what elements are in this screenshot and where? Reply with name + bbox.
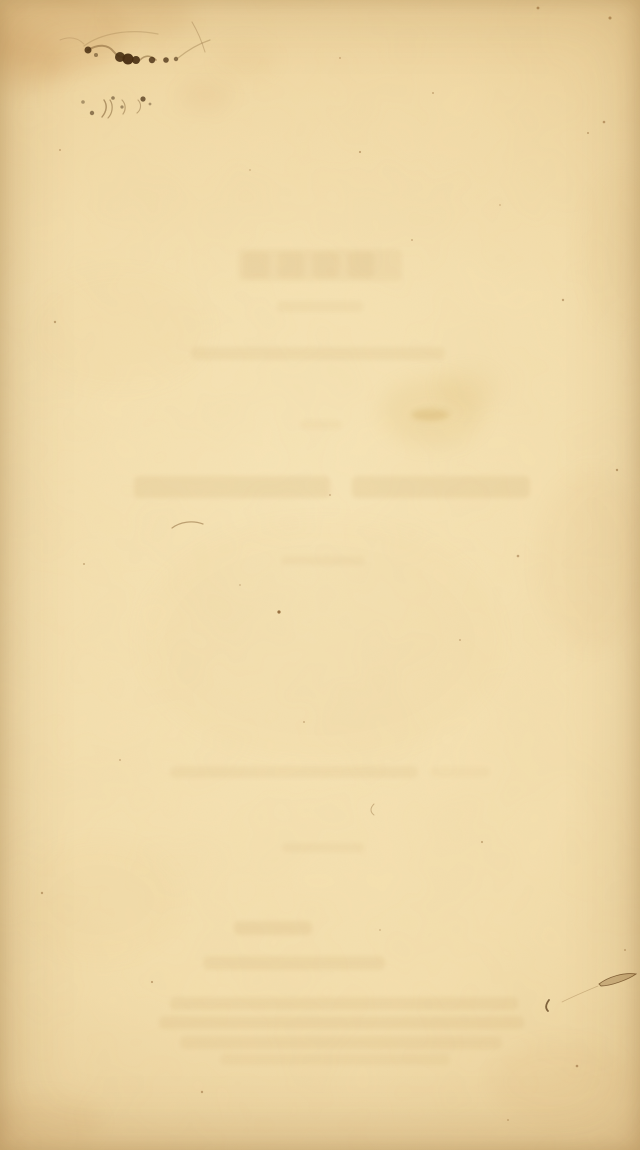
paper-grain-layer <box>0 0 640 1150</box>
page-scan-art <box>0 0 640 1150</box>
scanned-book-page <box>0 0 640 1150</box>
